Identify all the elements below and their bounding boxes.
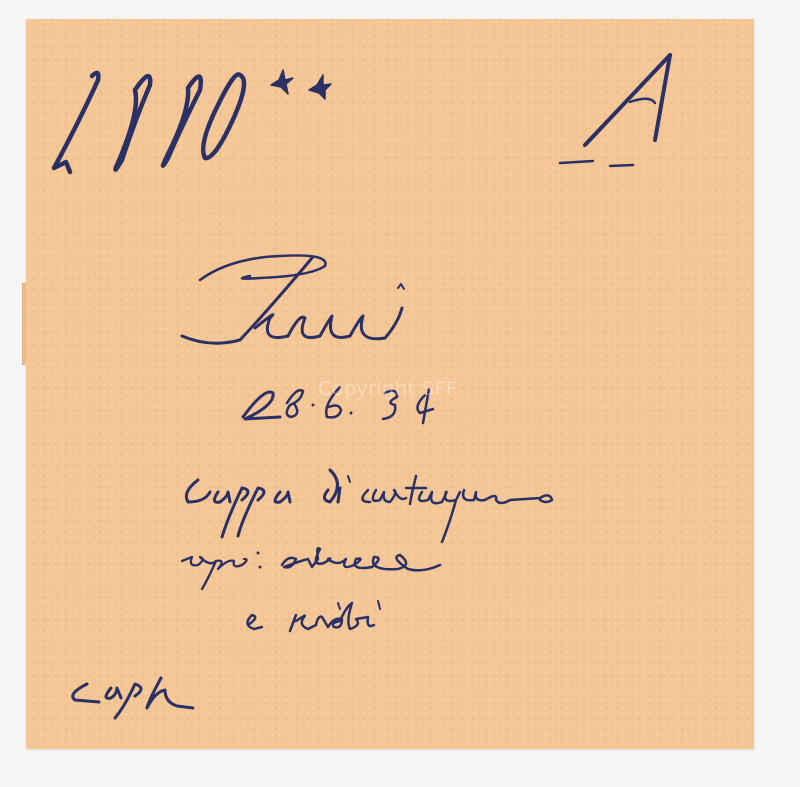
copyright-watermark: Copyright SFF <box>318 378 457 400</box>
description-line-1-handwriting <box>180 462 600 542</box>
title-handwriting <box>170 248 430 358</box>
catalog-number-handwriting <box>40 50 270 180</box>
description-line-2-handwriting <box>178 545 518 595</box>
letter-a-handwriting <box>555 45 685 170</box>
description-line-3-handwriting <box>238 595 438 640</box>
footer-note-handwriting <box>65 670 205 730</box>
star-icon <box>265 68 340 103</box>
